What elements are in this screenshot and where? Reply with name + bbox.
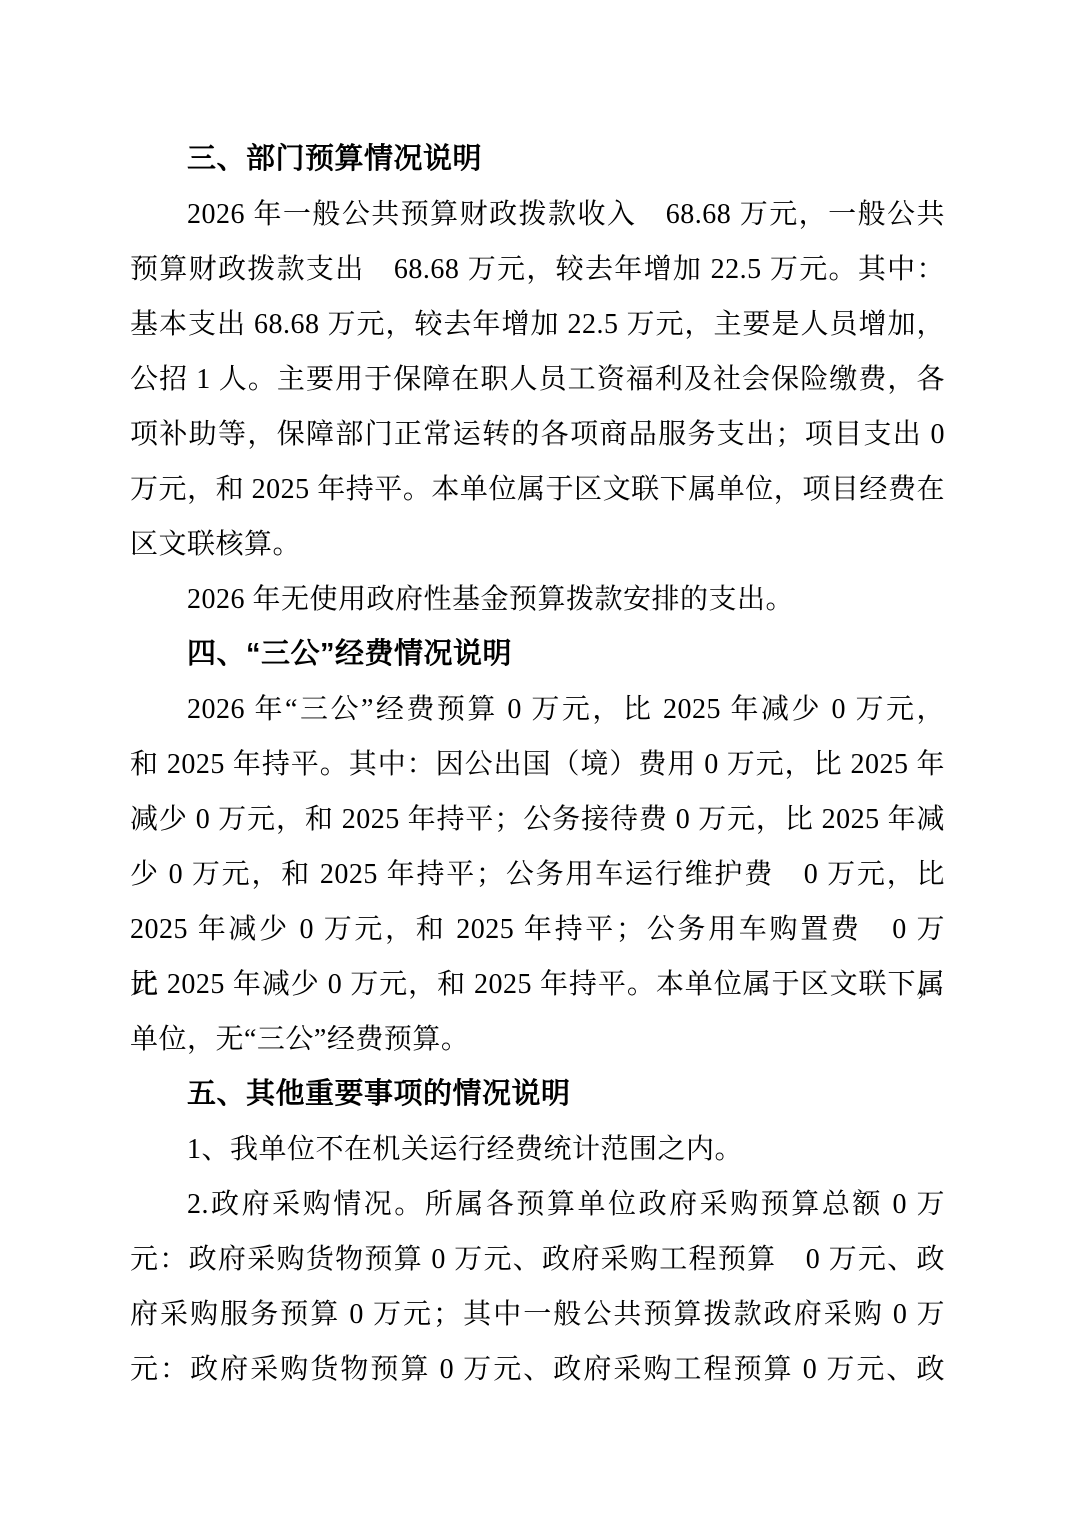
text-line: 1、我单位不在机关运行经费统计范围之内。: [130, 1122, 945, 1177]
text-line: 府采购服务预算 0 万元；其中一般公共预算拨款政府采购 0 万: [130, 1287, 945, 1342]
section-heading: 四、“三公”经费情况说明: [130, 627, 945, 682]
text-line: 比 2025 年减少 0 万元，和 2025 年持平。本单位属于区文联下属: [130, 957, 945, 1012]
text-line: 2026 年一般公共预算财政拨款收入 68.68 万元，一般公共: [130, 187, 945, 242]
text-line: 单位，无“三公”经费预算。: [130, 1012, 945, 1067]
text-line: 公招 1 人。主要用于保障在职人员工资福利及社会保险缴费，各: [130, 352, 945, 407]
text-line: 少 0 万元，和 2025 年持平；公务用车运行维护费 0 万元，比: [130, 847, 945, 902]
section-heading: 三、部门预算情况说明: [130, 132, 945, 187]
text-line: 元：政府采购货物预算 0 万元、政府采购工程预算 0 万元、政: [130, 1232, 945, 1287]
text-line: 2026 年“三公”经费预算 0 万元，比 2025 年减少 0 万元，: [130, 682, 945, 737]
text-line: 基本支出 68.68 万元，较去年增加 22.5 万元，主要是人员增加，: [130, 297, 945, 352]
text-line: 项补助等，保障部门正常运转的各项商品服务支出；项目支出 0: [130, 407, 945, 462]
text-line: 预算财政拨款支出 68.68 万元，较去年增加 22.5 万元。其中：: [130, 242, 945, 297]
document-body: 三、部门预算情况说明2026 年一般公共预算财政拨款收入 68.68 万元，一般…: [130, 132, 945, 1397]
text-line: 2.政府采购情况。所属各预算单位政府采购预算总额 0 万: [130, 1177, 945, 1232]
section-heading: 五、其他重要事项的情况说明: [130, 1067, 945, 1122]
text-line: 元：政府采购货物预算 0 万元、政府采购工程预算 0 万元、政: [130, 1342, 945, 1397]
text-line: 2026 年无使用政府性基金预算拨款安排的支出。: [130, 572, 945, 627]
text-line: 2025 年减少 0 万元，和 2025 年持平；公务用车购置费 0 万元，: [130, 902, 945, 957]
text-line: 万元，和 2025 年持平。本单位属于区文联下属单位，项目经费在: [130, 462, 945, 517]
text-line: 减少 0 万元，和 2025 年持平；公务接待费 0 万元，比 2025 年减: [130, 792, 945, 847]
text-line: 区文联核算。: [130, 517, 945, 572]
document-page: 三、部门预算情况说明2026 年一般公共预算财政拨款收入 68.68 万元，一般…: [0, 0, 1074, 1520]
text-line: 和 2025 年持平。其中：因公出国（境）费用 0 万元，比 2025 年: [130, 737, 945, 792]
